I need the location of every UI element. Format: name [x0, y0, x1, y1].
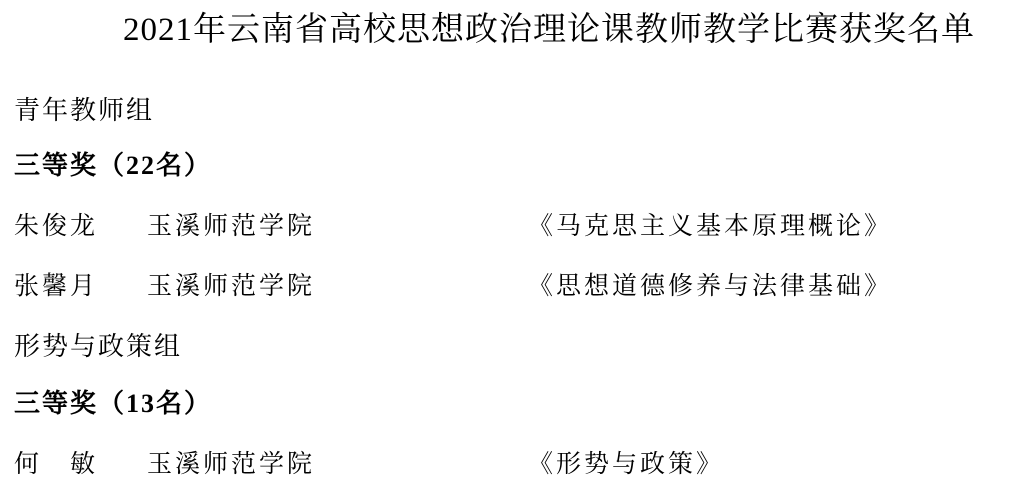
winner-institution: 玉溪师范学院 [147, 214, 315, 239]
award-header-third-prize-13: 三等奖（13名） [14, 391, 212, 417]
winner-name: 何 敏 [14, 452, 98, 477]
winner-name: 张馨月 [14, 274, 98, 299]
document-title: 2021年云南省高校思想政治理论课教师教学比赛获奖名单 [123, 13, 975, 48]
group-header-young-teachers: 青年教师组 [14, 97, 154, 123]
winner-course: 《思想道德修养与法律基础》 [528, 274, 892, 299]
winner-course: 《形势与政策》 [528, 452, 724, 477]
award-header-third-prize-22: 三等奖（22名） [14, 153, 212, 179]
document-page: 2021年云南省高校思想政治理论课教师教学比赛获奖名单 青年教师组 三等奖（22… [0, 0, 1024, 497]
winner-name: 朱俊龙 [14, 214, 98, 239]
group-header-situation-policy: 形势与政策组 [14, 333, 182, 359]
winner-row: 何 敏 玉溪师范学院 《形势与政策》 [0, 452, 1024, 482]
winner-row: 朱俊龙 玉溪师范学院 《马克思主义基本原理概论》 [0, 214, 1024, 244]
winner-row: 张馨月 玉溪师范学院 《思想道德修养与法律基础》 [0, 274, 1024, 304]
winner-course: 《马克思主义基本原理概论》 [528, 214, 892, 239]
winner-institution: 玉溪师范学院 [147, 274, 315, 299]
winner-institution: 玉溪师范学院 [147, 452, 315, 477]
